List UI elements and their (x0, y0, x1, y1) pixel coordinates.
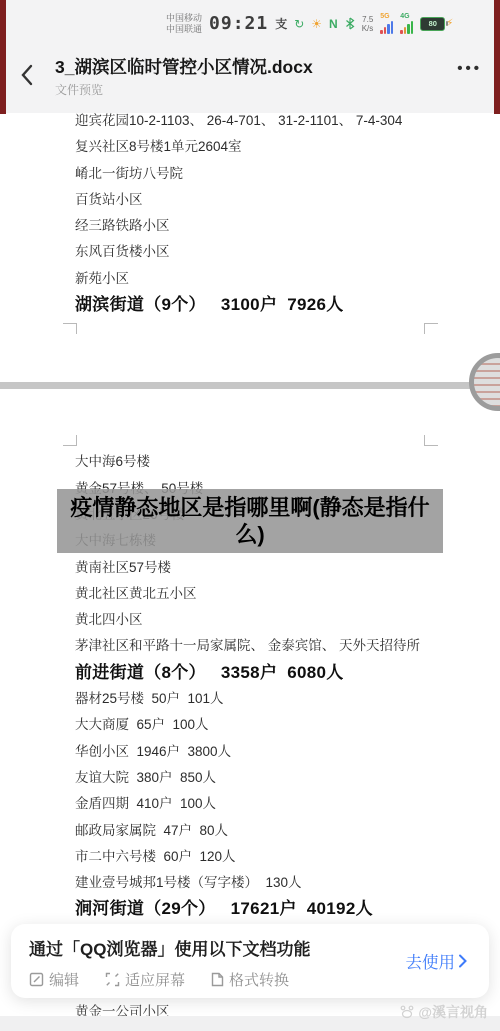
crop-mark-icon (63, 435, 77, 446)
doc-section-heading: 湖滨街道（9个） 3100户 7926人 (0, 292, 500, 318)
chevron-right-icon (458, 954, 467, 968)
doc-list-item: 大中海6号楼 (0, 449, 500, 475)
doc-list-item: 黄北四小区 (0, 607, 500, 633)
feature-edit[interactable]: 编辑 (29, 969, 79, 990)
battery-indicator: 80 ⚡ (420, 17, 453, 31)
feature-format-convert-label: 格式转换 (229, 969, 289, 990)
doc-section-heading: 涧河街道（29个） 17621户 40192人 (0, 896, 500, 922)
feature-edit-label: 编辑 (49, 969, 79, 990)
chevron-left-icon (21, 64, 33, 86)
doc-list-item: 经三路铁路小区 (0, 213, 500, 239)
paw-icon (399, 1005, 415, 1019)
caption-overlay: 疫情静态地区是指哪里啊(静态是指什 么) (57, 489, 443, 553)
feature-fit-screen-label: 适应屏幕 (125, 969, 185, 990)
doc-list-item: 复兴社区8号楼1单元2604室 (0, 134, 500, 160)
file-icon (211, 972, 224, 987)
preview-subtitle: 文件预览 (55, 81, 103, 98)
doc-page-1: 迎宾花园10-2-1103、 26-4-701、 31-2-1101、 7-4-… (0, 108, 500, 318)
fit-screen-icon (105, 972, 120, 987)
carrier-1: 中国移动 (166, 13, 202, 24)
back-button[interactable] (14, 60, 40, 90)
doc-list-item: 邮政局家属院 47户 80人 (0, 818, 500, 844)
use-now-button[interactable]: 去使用 (406, 949, 468, 973)
doc-list-item: 大大商厦 65户 100人 (0, 712, 500, 738)
doc-list-item: 黄南社区57号楼 (0, 555, 500, 581)
sim2-signal: 4G (400, 13, 413, 34)
eye-protect-sun-icon: ☀ (311, 18, 322, 30)
doc-list-item: 迎宾花园10-2-1103、 26-4-701、 31-2-1101、 7-4-… (0, 108, 500, 134)
use-now-label: 去使用 (406, 949, 456, 973)
page-break (0, 318, 500, 449)
clock: 09:21 (209, 13, 268, 34)
status-bar: 中国移动 中国联通 09:21 支 ↻ ☀ N 7.5 K/s 5G 4G (166, 13, 486, 34)
doc-list-item: 茅津社区和平路十一局家属院、 金泰宾馆、 天外天招待所 (0, 633, 500, 659)
doc-list-item: 华创小区 1946户 3800人 (0, 739, 500, 765)
document-title: 3_湖滨区临时管控小区情况.docx (55, 54, 425, 79)
autosync-icon: ↻ (294, 18, 304, 30)
nfc-icon: N (329, 18, 338, 30)
sim1-network-label: 5G (380, 13, 389, 20)
qq-browser-promo-card[interactable]: 通过「QQ浏览器」使用以下文档功能 编辑 适应屏幕 格 (11, 924, 489, 998)
feature-format-convert[interactable]: 格式转换 (211, 969, 289, 990)
doc-list-item: 友谊大院 380户 850人 (0, 765, 500, 791)
caption-line-2: 么) (235, 521, 264, 548)
doc-list-item: 黄北社区黄北五小区 (0, 581, 500, 607)
battery-level: 80 (420, 17, 445, 31)
doc-list-item: 金盾四期 410户 100人 (0, 791, 500, 817)
doc-section-heading: 前进街道（8个） 3358户 6080人 (0, 660, 500, 686)
alipay-icon: 支 (275, 18, 287, 30)
doc-list-item: 新苑小区 (0, 266, 500, 292)
page-divider (0, 382, 500, 389)
charging-bolt-icon: ⚡ (446, 18, 453, 29)
caption-line-1: 疫情静态地区是指哪里啊(静态是指什 (70, 494, 429, 521)
crop-mark-icon (63, 323, 77, 334)
bluetooth-icon (345, 17, 355, 30)
feature-fit-screen[interactable]: 适应屏幕 (105, 969, 185, 990)
file-preview-screen: 中国移动 中国联通 09:21 支 ↻ ☀ N 7.5 K/s 5G 4G (0, 0, 500, 1031)
network-speed: 7.5 K/s (362, 15, 374, 33)
more-menu-button[interactable]: ••• (457, 60, 482, 77)
edit-icon (29, 972, 44, 987)
preview-header: 3_湖滨区临时管控小区情况.docx 文件预览 ••• (0, 52, 500, 112)
sim2-signal-bars (400, 21, 413, 34)
doc-list-item: 崤北一街坊八号院 (0, 161, 500, 187)
watermark-text: @溪言视角 (418, 1002, 488, 1022)
doc-list-item: 市二中六号楼 60户 120人 (0, 844, 500, 870)
watermark: @溪言视角 (399, 1002, 488, 1022)
sim1-signal: 5G (380, 13, 393, 34)
doc-list-item: 建业壹号城邦1号楼（写字楼） 130人 (0, 870, 500, 896)
sim1-signal-bars (380, 21, 393, 34)
carrier-2: 中国联通 (166, 24, 202, 35)
crop-mark-icon (424, 435, 438, 446)
sim2-network-label: 4G (400, 13, 409, 20)
doc-list-item: 东风百货楼小区 (0, 239, 500, 265)
crop-mark-icon (424, 323, 438, 334)
doc-list-item: 百货站小区 (0, 187, 500, 213)
carrier-labels: 中国移动 中国联通 (166, 13, 202, 34)
doc-list-item: 器材25号楼 50户 101人 (0, 686, 500, 712)
